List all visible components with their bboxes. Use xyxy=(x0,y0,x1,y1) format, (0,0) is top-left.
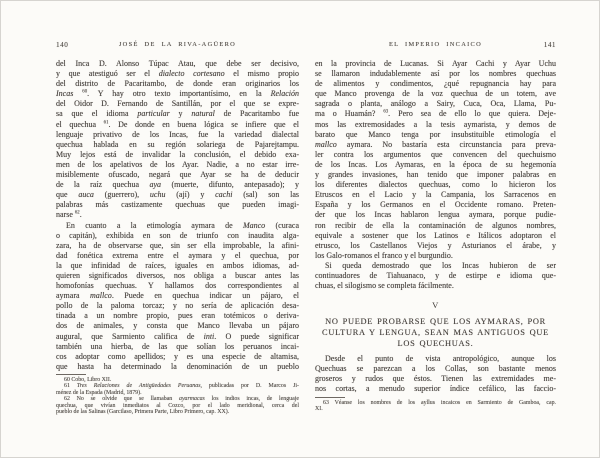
text-line: groseros y rudos que éstos. Tienen las e… xyxy=(315,374,556,384)
text-line: o capitán), exhibida en son de triunfo c… xyxy=(56,231,299,241)
text-line: Quechuas se parezcan a los Collas, son b… xyxy=(315,364,556,374)
body-text-right: en la provincia de Lucanas. Si Ayar Cach… xyxy=(315,59,556,291)
text-line: ron recibir de ella la contaminación de … xyxy=(315,221,556,231)
text-line: de la raíz quechua aya (muerte, difunto,… xyxy=(56,180,299,190)
text-line: cos adoptar como apellidos; y es una esp… xyxy=(56,352,299,362)
text-line: aymara mallco. Puede en quechua indicar … xyxy=(56,291,299,301)
text-line: se llamaron indudablemente así por los n… xyxy=(315,69,556,79)
text-line: que hasta ha determinado la denominación… xyxy=(56,362,299,372)
text-line: augural, que Sarmiento califica de inti.… xyxy=(56,332,299,342)
footnote-separator-right xyxy=(315,397,345,398)
text-line: Muy lejos está de invalidar la conclusió… xyxy=(56,150,299,160)
text-line: Etruscos en el Lacio y la Campania, los … xyxy=(315,190,556,200)
text-line: Desde el punto de vista antropológico, a… xyxy=(315,354,556,364)
text-line: mos las extremosidades a la tesis aymari… xyxy=(315,120,556,130)
text-line: que Manco provenga de la voz quechua de … xyxy=(315,89,556,99)
text-line: y que atestiguó ser el dialecto cortesan… xyxy=(56,69,299,79)
text-line: 61 Tres Relaciones de Antigüedades Perua… xyxy=(56,383,299,389)
chapter-heading: NO PUEDE PROBARSE QUE LOS AYMARAS, PORCU… xyxy=(315,317,556,349)
text-line: los Galo-romanos el franco y el burgundi… xyxy=(315,251,556,261)
text-line: quechua, que vivían inmediatos al Cozco,… xyxy=(56,403,299,409)
page-header-right: EL IMPERIO INCAICO 141 xyxy=(315,41,556,50)
text-line: mallco aymara. No bastaría esta circunst… xyxy=(315,140,556,150)
page-number-left: 140 xyxy=(56,41,68,49)
running-header-right: EL IMPERIO INCAICO xyxy=(389,41,482,48)
footnote-separator-left xyxy=(56,374,86,375)
text-line: pueblo de las Salinas (Garcilaso, Primer… xyxy=(56,409,299,415)
text-line: dad fonética extrema entre el aymara y e… xyxy=(56,251,299,261)
page-left: 140 JOSÉ DE LA RIVA-AGÜERO del Inca D. A… xyxy=(56,1,299,415)
text-line: zara, ha de observarse que, sin ser ella… xyxy=(56,241,299,251)
text-line: en la provincia de Lucanas. Si Ayar Cach… xyxy=(315,59,556,69)
text-line: etrusco, los Castellanos Viejos y Asturi… xyxy=(315,241,556,251)
text-line: de alimentos y condimentos, ¿qué repugna… xyxy=(315,79,556,89)
text-line: nos cortas, a menudo superior índice cef… xyxy=(315,384,556,394)
section-number: V xyxy=(315,300,556,310)
text-line: misiblemente ofuscado, negará que Ayar s… xyxy=(56,170,299,180)
text-line: CULTURA Y LENGUA, SEAN MAS ANTIGUOS QUE xyxy=(315,328,556,339)
text-line: NO PUEDE PROBARSE QUE LOS AYMARAS, POR xyxy=(315,317,556,328)
text-line: del Inca D. Alonso Túpac Atau, que debe … xyxy=(56,59,299,69)
text-line: barato que Manco tenga por insubstituibl… xyxy=(315,130,556,140)
page-header-left: 140 JOSÉ DE LA RIVA-AGÜERO xyxy=(56,41,299,50)
text-line: sa que el idioma particular y natural de… xyxy=(56,109,299,119)
text-line: España y los Germanos en el Occidente ro… xyxy=(315,200,556,210)
text-line: equivale a sostener que los Latinos e It… xyxy=(315,231,556,241)
text-line: der que los Incas hablaron lengua aymara… xyxy=(315,210,556,220)
text-line: men de los apelativos de los Ayar. Nadie… xyxy=(56,160,299,170)
text-line: ma o Huamán? 63. Pero sea de ello lo que… xyxy=(315,109,556,119)
text-line: quechua hablada en su región solariega d… xyxy=(56,140,299,150)
text-line: del distrito de Pacaritambo, de donde er… xyxy=(56,79,299,89)
text-line: continuadores de Tiahuanaco, y de estirp… xyxy=(315,271,556,281)
text-line: Incas 60. Y hay otro texto importantísim… xyxy=(56,89,299,99)
text-line: LOS QUECHUAS. xyxy=(315,339,556,350)
text-line: XI. xyxy=(315,406,556,412)
text-line: Si queda demostrado que los Incas hubier… xyxy=(315,261,556,271)
text-line: palabras más castizamente quechuas que p… xyxy=(56,200,299,210)
text-line: homofonías quechuas. Y hallamos dos corr… xyxy=(56,281,299,291)
text-line: y grandes invasiones, han tenido que imp… xyxy=(315,170,556,180)
text-line: quieren significados diversos, nos oblig… xyxy=(56,271,299,281)
text-line: 62 No se olvide que se llamaban ayarmaca… xyxy=(56,396,299,402)
text-line: lenguaje privativo de los Incas, fue la … xyxy=(56,130,299,140)
text-line: de los Incas. Los Aymaras, en la época d… xyxy=(315,160,556,170)
text-line: la que infinidad de raíces, iguales en a… xyxy=(56,261,299,271)
text-line: En cuanto a la etimología aymara de Manc… xyxy=(56,221,299,231)
footnotes-right: 63 Véanse los nombres de los ayllus inca… xyxy=(315,400,556,413)
body-text-after-heading: Desde el punto de vista antropológico, a… xyxy=(315,354,556,394)
text-line: el quechua 61. De donde en buena lógica … xyxy=(56,120,299,130)
running-header-left: JOSÉ DE LA RIVA-AGÜERO xyxy=(119,41,236,48)
body-text-left: del Inca D. Alonso Túpac Atau, que debe … xyxy=(56,59,299,372)
text-line: también una hierba, de las que solían lo… xyxy=(56,342,299,352)
text-line: que auca (guerrero), uchu (ají) y cachi … xyxy=(56,190,299,200)
text-line: ler contra los argumentos que convencen … xyxy=(315,150,556,160)
book-spread: 140 JOSÉ DE LA RIVA-AGÜERO del Inca D. A… xyxy=(0,0,600,458)
page-number-right: 141 xyxy=(544,41,556,49)
text-line: narse 62. xyxy=(56,210,299,220)
text-line: dos de animales, y consta que Manco llev… xyxy=(56,321,299,331)
page-right: EL IMPERIO INCAICO 141 en la provincia d… xyxy=(315,1,556,413)
text-line: del Oidor D. Fernando de Santillán, por … xyxy=(56,99,299,109)
footnotes-left: 60 Cobo, Libro XII.61 Tres Relaciones de… xyxy=(56,377,299,415)
text-line: chuas, el silogismo se completa fácilmen… xyxy=(315,281,556,291)
text-line: pollo de la paloma torcaz; y no sería de… xyxy=(56,301,299,311)
text-line: 63 Véanse los nombres de los ayllus inca… xyxy=(315,400,556,406)
text-line: los diferentes dialectos quechuas, como … xyxy=(315,180,556,190)
text-line: sagrada o planta, análogo a Sairy, Cuca,… xyxy=(315,99,556,109)
text-line: tinada a un nombre propio, pues eran tot… xyxy=(56,311,299,321)
